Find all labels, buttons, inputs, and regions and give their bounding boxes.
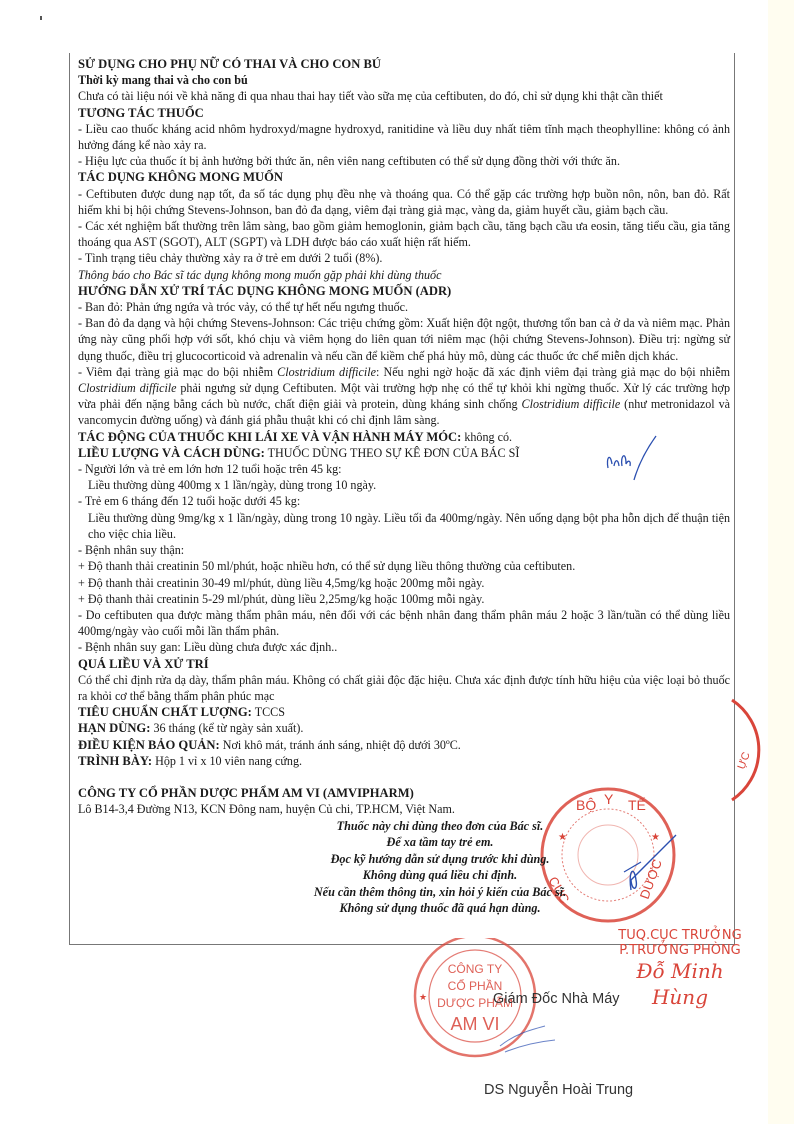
warning-line: Để xa tầm tay trẻ em.: [250, 834, 630, 850]
paragraph: - Liều cao thuốc kháng acid nhôm hydroxy…: [78, 121, 730, 153]
cuc-title-2: P.TRƯỞNG PHÒNG: [610, 943, 750, 958]
warning-line: Thuốc này chỉ dùng theo đơn của Bác sĩ.: [250, 818, 630, 834]
paragraph: - Do ceftibuten qua được màng thẩm phân …: [78, 607, 730, 639]
paragraph: - Tình trạng tiêu chảy thường xảy ra ở t…: [78, 250, 730, 266]
field-value: TCCS: [252, 705, 285, 719]
species-name: Clostridium difficile: [277, 365, 376, 379]
svg-text:ỰC: ỰC: [736, 751, 753, 771]
text-run: - Viêm đại tràng giả mạc do bội nhiễm: [78, 365, 277, 379]
field-value: THUỐC DÙNG THEO SỰ KÊ ĐƠN CỦA BÁC SĨ: [265, 446, 520, 460]
field-label: ĐIỀU KIỆN BẢO QUẢN:: [78, 738, 220, 752]
paragraph: - Các xét nghiệm bất thường trên lâm sàn…: [78, 218, 730, 250]
svg-text:★: ★: [419, 992, 427, 1002]
svg-text:AM VI: AM VI: [450, 1014, 499, 1034]
ministry-signature-block: TUQ.CỤC TRƯỞNG P.TRƯỞNG PHÒNG Đỗ Minh Hù…: [610, 928, 750, 1010]
paragraph: Liều thường dùng 9mg/kg x 1 lần/ngày, dù…: [78, 510, 730, 542]
section-heading: SỬ DỤNG CHO PHỤ NỮ CÓ THAI VÀ CHO CON BÚ: [78, 56, 730, 72]
warning-line: Không dùng quá liều chỉ định.: [250, 867, 630, 883]
paragraph: - Ceftibuten được dung nạp tốt, đa số tá…: [78, 186, 730, 218]
warning-line: Đọc kỹ hướng dẫn sử dụng trước khi dùng.: [250, 851, 630, 867]
labeled-field: TRÌNH BÀY: Hộp 1 vỉ x 10 viên nang cứng.: [78, 753, 730, 769]
field-label: LIỀU LƯỢNG VÀ CÁCH DÙNG:: [78, 446, 265, 460]
paragraph: - Ban đỏ đa dạng và hội chứng Stevens-Jo…: [78, 315, 730, 364]
svg-text:Y: Y: [604, 791, 614, 807]
warning-line: Nếu cần thêm thông tin, xin hỏi ý kiến c…: [250, 884, 630, 900]
italic-note: Thông báo cho Bác sĩ tác dụng không mong…: [78, 267, 730, 283]
section-subheading: Thời kỳ mang thai và cho con bú: [78, 72, 730, 88]
paragraph: - Hiệu lực của thuốc ít bị ảnh hưởng bởi…: [78, 153, 730, 169]
field-label: TRÌNH BÀY:: [78, 754, 152, 768]
paragraph: Có thể chỉ định rửa dạ dày, thẩm phân má…: [78, 672, 730, 704]
warning-notes: Thuốc này chỉ dùng theo đơn của Bác sĩ.Đ…: [250, 818, 630, 916]
section-heading: TƯƠNG TÁC THUỐC: [78, 105, 730, 121]
field-value: Hộp 1 vỉ x 10 viên nang cứng.: [152, 754, 302, 768]
paragraph: + Độ thanh thải creatinin 5-29 ml/phút, …: [78, 591, 730, 607]
section-heading: TÁC DỤNG KHÔNG MONG MUỐN: [78, 169, 730, 185]
field-value: 36 tháng (kể từ ngày sản xuất).: [150, 721, 303, 735]
paragraph: - Viêm đại tràng giả mạc do bội nhiễm Cl…: [78, 364, 730, 429]
cuc-title-1: TUQ.CỤC TRƯỞNG: [610, 928, 750, 943]
svg-text:★: ★: [651, 832, 660, 843]
warning-line: Không sử dụng thuốc đã quá hạn dùng.: [250, 900, 630, 916]
initials-signature: [600, 430, 660, 490]
section-heading: HƯỚNG DẪN XỬ TRÍ TÁC DỤNG KHÔNG MONG MUỐ…: [78, 283, 730, 299]
field-label: TÁC ĐỘNG CỦA THUỐC KHI LÁI XE VÀ VẬN HÀN…: [78, 430, 461, 444]
labeled-field: HẠN DÙNG: 36 tháng (kể từ ngày sản xuất)…: [78, 720, 730, 736]
section-heading: QUÁ LIỀU VÀ XỬ TRÍ: [78, 656, 730, 672]
paragraph: + Độ thanh thải creatinin 50 ml/phút, ho…: [78, 558, 730, 574]
paragraph: Chưa có tài liệu nói về khả năng đi qua …: [78, 88, 730, 104]
paragraph: + Độ thanh thải creatinin 30-49 ml/phút,…: [78, 575, 730, 591]
labeled-field: ĐIỀU KIỆN BẢO QUẢN: Nơi khô mát, tránh á…: [78, 737, 730, 753]
species-name: Clostridium difficile: [78, 381, 177, 395]
page-edge-tint: [768, 0, 794, 1124]
paragraph: - Bệnh nhân suy thận:: [78, 542, 730, 558]
field-label: TIÊU CHUẨN CHẤT LƯỢNG:: [78, 705, 252, 719]
text-run: : Nếu nghi ngờ hoặc đã xác định viêm đại…: [376, 365, 730, 379]
svg-text:TẾ: TẾ: [628, 797, 646, 813]
field-value: không có.: [461, 430, 512, 444]
field-value: Nơi khô mát, tránh ánh sáng, nhiệt độ dư…: [220, 738, 461, 752]
scan-speck: [40, 16, 42, 20]
ministry-stamp-edge: ỰC: [730, 695, 770, 805]
paragraph: - Trẻ em 6 tháng đến 12 tuổi hoặc dưới 4…: [78, 493, 730, 509]
field-label: HẠN DÙNG:: [78, 721, 150, 735]
paragraph: - Ban đỏ: Phản ứng ngứa và tróc vảy, có …: [78, 299, 730, 315]
director-name: DS Nguyễn Hoài Trung: [484, 1082, 633, 1098]
species-name: Clostridium difficile: [522, 397, 621, 411]
labeled-field: TIÊU CHUẨN CHẤT LƯỢNG: TCCS: [78, 704, 730, 720]
paragraph: - Bệnh nhân suy gan: Liều dùng chưa được…: [78, 639, 730, 655]
svg-text:BỘ: BỘ: [576, 797, 596, 813]
cuc-signatory-name: Đỗ Minh Hùng: [610, 958, 750, 1010]
svg-text:CÔNG TY: CÔNG TY: [448, 961, 502, 976]
director-title: Giám Đốc Nhà Máy: [493, 991, 620, 1007]
